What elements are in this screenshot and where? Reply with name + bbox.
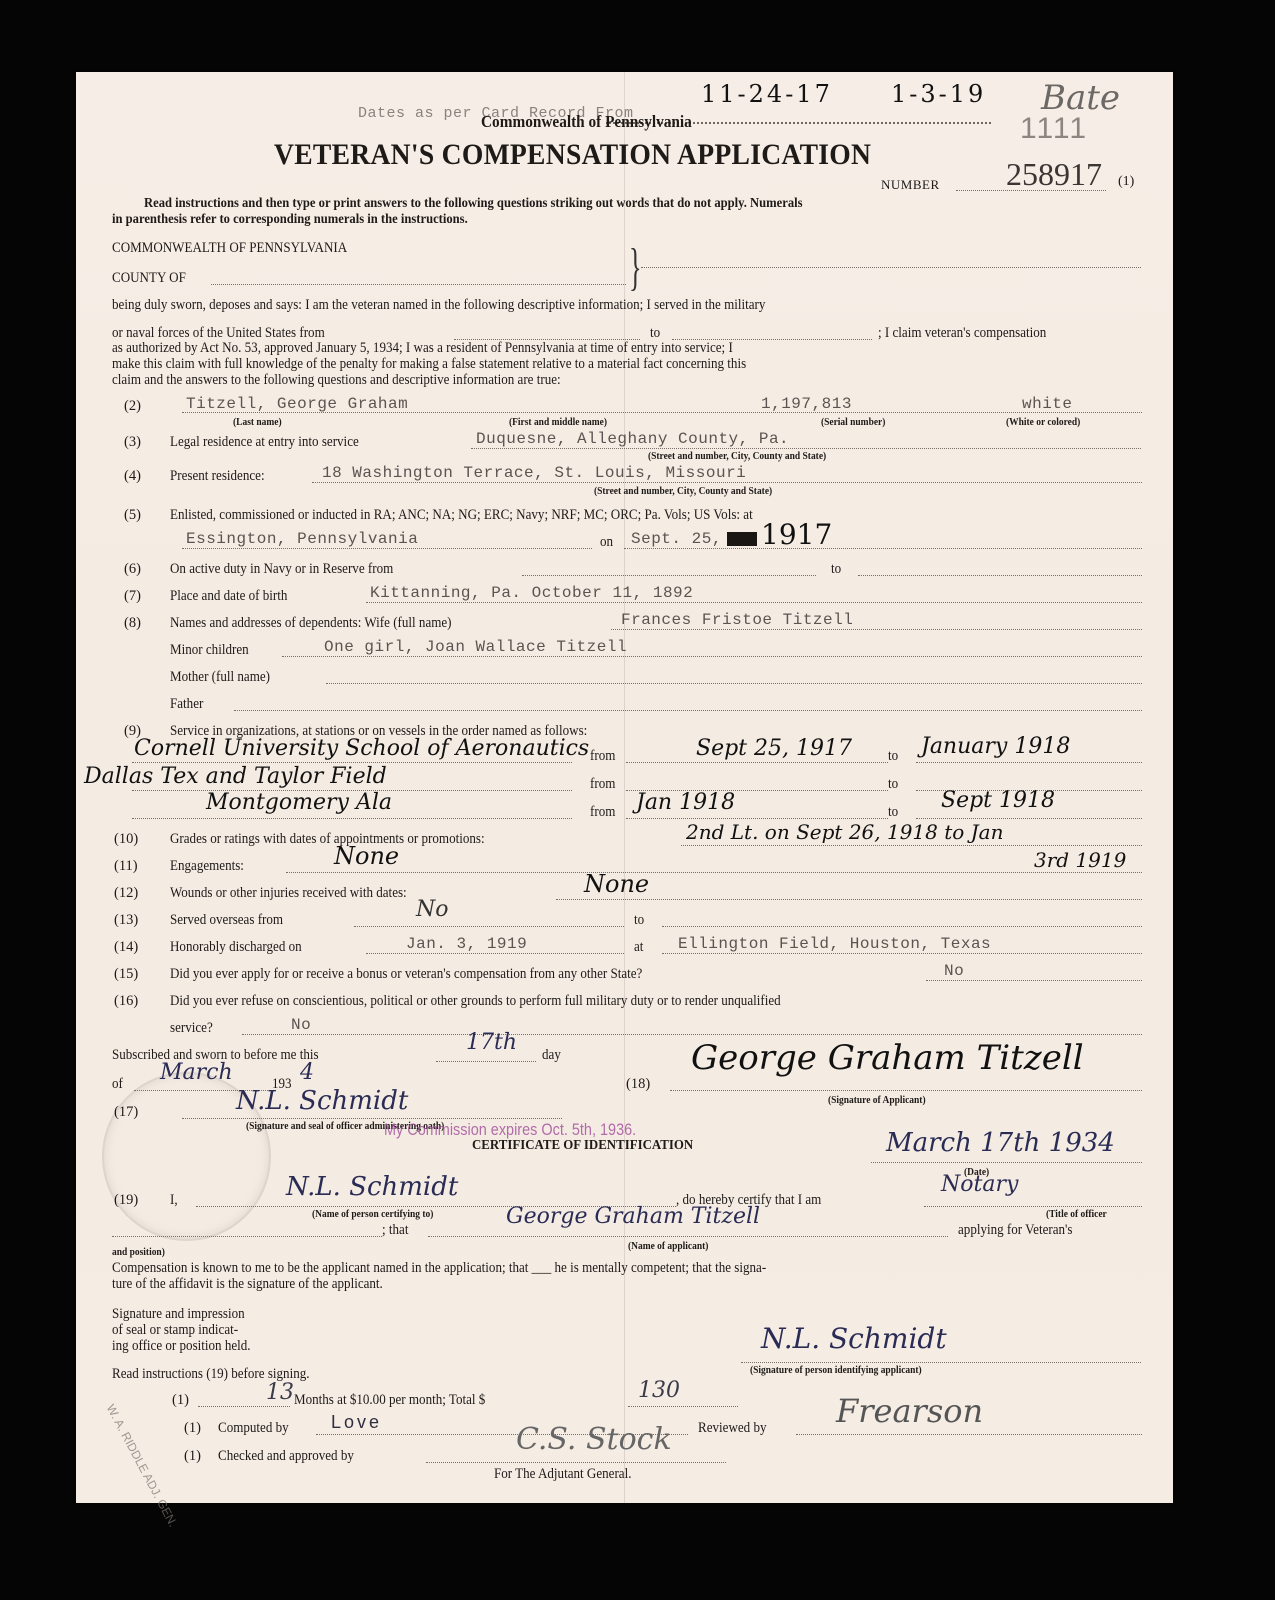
q3-caption: (Street and number, City, County and Sta… xyxy=(648,450,826,462)
q9-org-1: Cornell University School of Aeronautics xyxy=(134,736,589,761)
computed-label: Computed by xyxy=(218,1420,289,1437)
caption-race: (White or colored) xyxy=(1006,416,1080,428)
q3-label: Legal residence at entry into service xyxy=(170,434,359,451)
q13-to-label: to xyxy=(634,912,644,929)
q15-number: (15) xyxy=(114,966,138,983)
certified-applicant-caption: (Name of applicant) xyxy=(628,1240,708,1252)
q14-at-label: at xyxy=(634,939,643,956)
q5-number: (5) xyxy=(124,507,141,524)
q15-label: Did you ever apply for or receive a bonu… xyxy=(170,966,642,983)
checked-number: (1) xyxy=(184,1448,201,1465)
q9-from-label-1: from xyxy=(590,748,615,765)
q15-answer: No xyxy=(944,962,964,980)
computed-number: (1) xyxy=(184,1420,201,1437)
certifier-title: Notary xyxy=(941,1172,1018,1197)
office-months-text: Months at $10.00 per month; Total $ xyxy=(294,1392,485,1409)
applicant-caption: (Signature of Applicant) xyxy=(828,1094,926,1106)
reviewed-label: Reviewed by xyxy=(698,1420,766,1437)
q12-number: (12) xyxy=(114,885,138,902)
applicant-signature: George Graham Titzell xyxy=(691,1038,1084,1078)
q4-label: Present residence: xyxy=(170,468,265,485)
fold-crease xyxy=(624,72,625,1503)
q6-number: (6) xyxy=(124,561,141,578)
checked-by: C.S. Stock xyxy=(516,1422,672,1457)
q8-father-label: Father xyxy=(170,696,203,713)
applying-text: applying for Veteran's xyxy=(958,1222,1072,1239)
q9-from-label-3: from xyxy=(590,804,615,821)
certificate-para-2: ture of the affidavit is the signature o… xyxy=(112,1276,383,1293)
seal-note-2: of seal or stamp indicat- xyxy=(112,1322,238,1339)
caption-first-name: (First and middle name) xyxy=(509,416,607,428)
instructions-line-2: in parenthesis refer to corresponding nu… xyxy=(112,212,468,228)
jurat-day: 17th xyxy=(466,1030,517,1055)
certificate-para-1: Compensation is known to me to be the ap… xyxy=(112,1260,766,1277)
q5-enlisted-place: Essington, Pennsylvania xyxy=(186,530,418,548)
q3-number: (3) xyxy=(124,434,141,451)
application-form: W. A. RIDDLE ADJ. GEN. Dates as per Card… xyxy=(76,72,1173,1503)
q9-to-label-1: to xyxy=(888,748,898,765)
q2-name: Titzell, George Graham xyxy=(186,395,408,413)
q16-label: Did you ever refuse on conscientious, po… xyxy=(170,993,781,1010)
seal-note-1: Signature and impression xyxy=(112,1306,245,1323)
q10-label: Grades or ratings with dates of appointm… xyxy=(170,831,485,848)
q9-to-1: January 1918 xyxy=(921,734,1070,759)
q9-to-label-2: to xyxy=(888,776,898,793)
card-record-to: 1-3-19 xyxy=(891,80,986,108)
q9-to-3: Sept 1918 xyxy=(941,788,1055,813)
q8-mother-label: Mother (full name) xyxy=(170,669,270,686)
q9-org-3: Montgomery Ala xyxy=(206,790,392,815)
q18-number: (18) xyxy=(626,1076,650,1093)
venue-commonwealth: COMMONWEALTH OF PENNSYLVANIA xyxy=(112,240,347,257)
q16-answer: No xyxy=(291,1016,311,1034)
jurat-of-label: of xyxy=(112,1076,123,1093)
q4-present-residence: 18 Washington Terrace, St. Louis, Missou… xyxy=(322,464,746,482)
instructions-line-1: Read instructions and then type or print… xyxy=(144,196,803,212)
certifier-caption: (Name of person certifying to) xyxy=(312,1208,433,1220)
q13-label: Served overseas from xyxy=(170,912,283,929)
checked-label: Checked and approved by xyxy=(218,1448,354,1465)
q5-enlisted-year: 1917 xyxy=(761,518,832,551)
q9-from-label-2: from xyxy=(590,776,615,793)
office-line-1-number: (1) xyxy=(172,1392,189,1409)
q19-number: (19) xyxy=(114,1192,138,1209)
q5-on-label: on xyxy=(600,534,613,551)
q6-label: On active duty in Navy or in Reserve fro… xyxy=(170,561,393,578)
identifier-signature: N.L. Schmidt xyxy=(761,1322,947,1355)
q14-discharge-place: Ellington Field, Houston, Texas xyxy=(678,935,991,953)
venue-county-label: COUNTY OF xyxy=(112,270,186,287)
q8-wife-name: Frances Fristoe Titzell xyxy=(621,611,853,629)
commonwealth-heading: Commonwealth of Pennsylvania xyxy=(481,112,692,132)
certificate-date: March 17th 1934 xyxy=(886,1128,1115,1158)
q16-label-2: service? xyxy=(170,1020,213,1037)
number-label: NUMBER xyxy=(881,177,940,193)
q5-enlisted-date: Sept. 25, xyxy=(631,530,722,548)
oath-line-5: claim and the answers to the following q… xyxy=(112,372,561,389)
adjutant-stamp: W. A. RIDDLE ADJ. GEN. xyxy=(104,1402,181,1529)
q6-to-label: to xyxy=(831,561,841,578)
page-title: VETERAN'S COMPENSATION APPLICATION xyxy=(274,138,871,172)
jurat-month: March xyxy=(160,1060,233,1085)
oath-line-2c: ; I claim veteran's compensation xyxy=(878,325,1046,342)
q4-caption: (Street and number, City, County and Sta… xyxy=(594,485,772,497)
number-ref: (1) xyxy=(1118,174,1134,190)
certifier-name: N.L. Schmidt xyxy=(286,1172,458,1202)
q9-from-3: Jan 1918 xyxy=(636,790,735,815)
q3-legal-residence: Duquesne, Alleghany County, Pa. xyxy=(476,430,789,448)
q5-label: Enlisted, commissioned or inducted in RA… xyxy=(170,507,753,524)
tally-marks: 1111 xyxy=(1020,112,1088,146)
q13-number: (13) xyxy=(114,912,138,929)
q14-discharge-date: Jan. 3, 1919 xyxy=(406,935,527,953)
card-record-from: 11-24-17 xyxy=(701,80,833,108)
q10-grade-cont: 3rd 1919 xyxy=(1034,848,1126,872)
q10-grade: 2nd Lt. on Sept 26, 1918 to Jan xyxy=(686,820,1004,844)
q10-number: (10) xyxy=(114,831,138,848)
application-number: 258917 xyxy=(1006,156,1102,193)
title-caption: (Title of officer xyxy=(1046,1208,1107,1220)
q9-org-2: Dallas Tex and Taylor Field xyxy=(84,764,387,789)
q8-minor-children: One girl, Joan Wallace Titzell xyxy=(324,638,627,656)
q2-number: (2) xyxy=(124,398,141,415)
q16-number: (16) xyxy=(114,993,138,1010)
q2-race: white xyxy=(1022,395,1073,413)
commission-stamp: My Commission expires Oct. 5th, 1936. xyxy=(384,1120,636,1140)
q14-number: (14) xyxy=(114,939,138,956)
q9-from-1: Sept 25, 1917 xyxy=(696,736,852,761)
q12-wounds: None xyxy=(584,870,649,898)
q14-label: Honorably discharged on xyxy=(170,939,302,956)
redaction-mark xyxy=(727,532,757,546)
computed-by: Love xyxy=(331,1412,382,1433)
certificate-title: CERTIFICATE OF IDENTIFICATION xyxy=(472,1138,693,1154)
office-months: 13 xyxy=(266,1380,294,1405)
q8-label: Names and addresses of dependents: Wife … xyxy=(170,615,452,632)
officer-signature: N.L. Schmidt xyxy=(236,1086,408,1116)
oath-line-4: make this claim with full knowledge of t… xyxy=(112,356,746,373)
identifier-caption: (Signature of person identifying applica… xyxy=(750,1364,922,1376)
caption-last-name: (Last name) xyxy=(233,416,282,428)
office-total: 130 xyxy=(638,1378,680,1403)
q11-engagements: None xyxy=(334,842,399,870)
that-label: ; that xyxy=(382,1222,408,1239)
q11-number: (11) xyxy=(114,858,138,875)
venue-bracket: } xyxy=(629,238,641,297)
oath-line-3: as authorized by Act No. 53, approved Ja… xyxy=(112,340,733,357)
oath-line-1: being duly sworn, deposes and says: I am… xyxy=(112,297,765,314)
adjutant-general-label: For The Adjutant General. xyxy=(494,1466,631,1483)
title-caption-b: and position) xyxy=(112,1246,165,1258)
q7-label: Place and date of birth xyxy=(170,588,287,605)
certified-applicant-name: George Graham Titzell xyxy=(506,1204,760,1229)
jurat-year-suffix: 4 xyxy=(300,1060,314,1085)
q9-to-label-3: to xyxy=(888,804,898,821)
caption-serial: (Serial number) xyxy=(821,416,885,428)
q19-i-label: I, xyxy=(170,1192,178,1209)
q2-serial-number: 1,197,813 xyxy=(761,395,852,413)
q11-label: Engagements: xyxy=(170,858,244,875)
jurat-day-label: day xyxy=(542,1047,561,1064)
q4-number: (4) xyxy=(124,468,141,485)
q7-number: (7) xyxy=(124,588,141,605)
q8-number: (8) xyxy=(124,615,141,632)
q8-children-label: Minor children xyxy=(170,642,249,659)
q13-overseas-from: No xyxy=(416,897,449,922)
reviewed-by: Frearson xyxy=(836,1392,983,1430)
q12-label: Wounds or other injuries received with d… xyxy=(170,885,407,902)
q7-birth: Kittanning, Pa. October 11, 1892 xyxy=(370,584,693,602)
q17-number: (17) xyxy=(114,1104,138,1121)
seal-note-3: ing office or position held. xyxy=(112,1338,251,1355)
